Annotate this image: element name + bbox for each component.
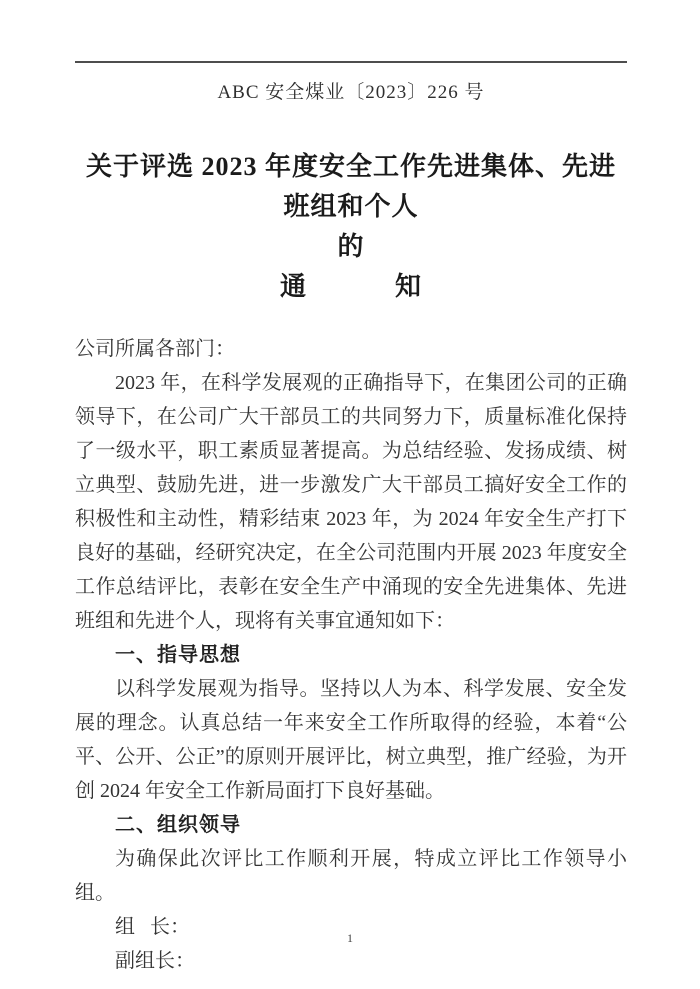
section-2-heading: 二、组织领导 [75,808,627,842]
intro-paragraph: 2023 年，在科学发展观的正确指导下，在集团公司的正确领导下，在公司广大干部员… [75,366,627,638]
section-2-paragraph: 为确保此次评比工作顺利开展，特成立评比工作领导小组。 [75,842,627,910]
role-line-deputy-leader: 副组长： [75,944,627,978]
title-notice-char-right: 知 [395,267,422,307]
document-title: 关于评选 2023 年度安全工作先进集体、先进班组和个人 的 通 知 [75,147,627,307]
document-body: 公司所属各部门： 2023 年，在科学发展观的正确指导下，在集团公司的正确领导下… [75,332,627,978]
document-page: ABC 安全煤业〔2023〕226 号 关于评选 2023 年度安全工作先进集体… [0,0,700,989]
page-number: 1 [0,931,700,945]
salutation: 公司所属各部门： [75,332,627,366]
title-line-1: 关于评选 2023 年度安全工作先进集体、先进班组和个人 [75,147,627,227]
title-line-3: 通 知 [75,267,627,307]
section-1-heading: 一、指导思想 [75,638,627,672]
doc-number: ABC 安全煤业〔2023〕226 号 [75,82,627,104]
title-notice-char-left: 通 [280,267,307,307]
header-divider [75,61,627,63]
document-content: ABC 安全煤业〔2023〕226 号 关于评选 2023 年度安全工作先进集体… [0,61,700,978]
section-1-paragraph: 以科学发展观为指导。坚持以人为本、科学发展、安全发展的理念。认真总结一年来安全工… [75,672,627,808]
title-line-2: 的 [75,227,627,267]
